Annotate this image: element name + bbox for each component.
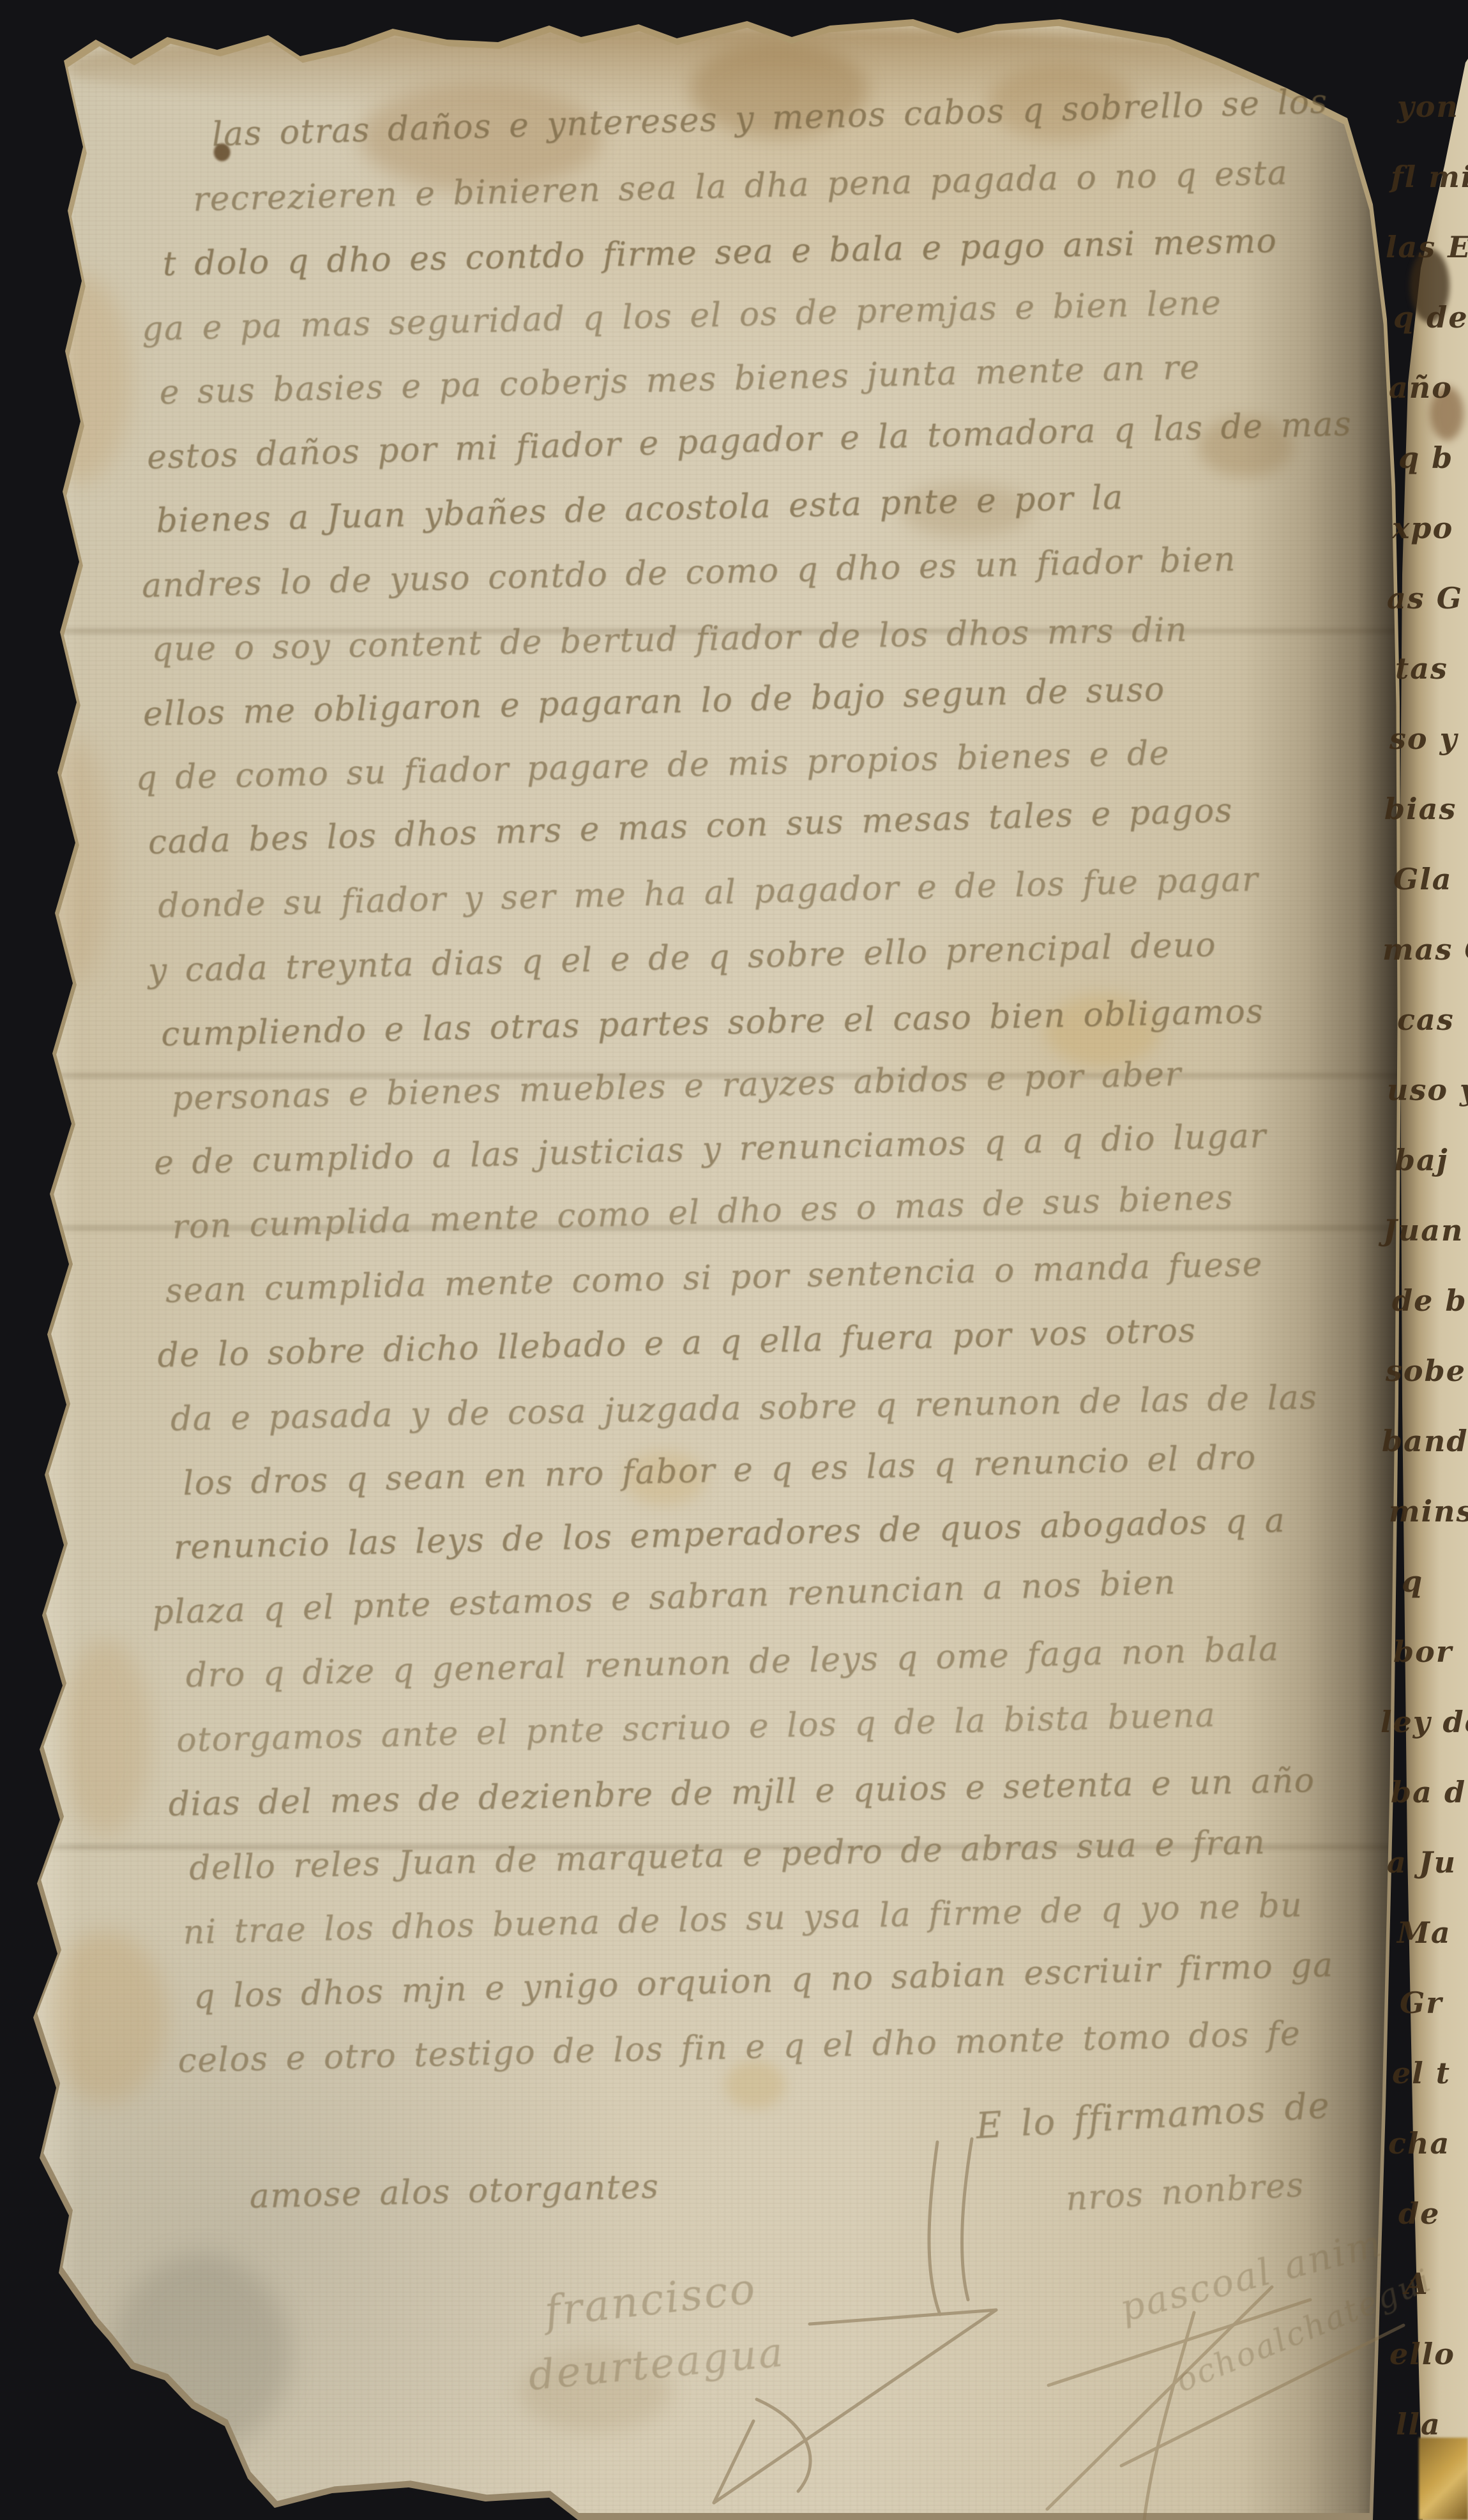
signature-strikethrough [1048, 2300, 1310, 2385]
signature-tail-stroke [757, 2399, 810, 2491]
right-paraph-stroke [1047, 2287, 1272, 2509]
scanned-manuscript-photo: { "colors": { "background": "#131316", "… [0, 0, 1468, 2520]
closing-flourish-stroke [962, 2139, 972, 2300]
right-paraph-stroke [1144, 2313, 1194, 2520]
left-paraph-stroke [714, 2310, 996, 2503]
signature-flourishes [0, 0, 1468, 2520]
closing-flourish-stroke [929, 2142, 940, 2314]
left-paraph-stroke [810, 2310, 996, 2324]
